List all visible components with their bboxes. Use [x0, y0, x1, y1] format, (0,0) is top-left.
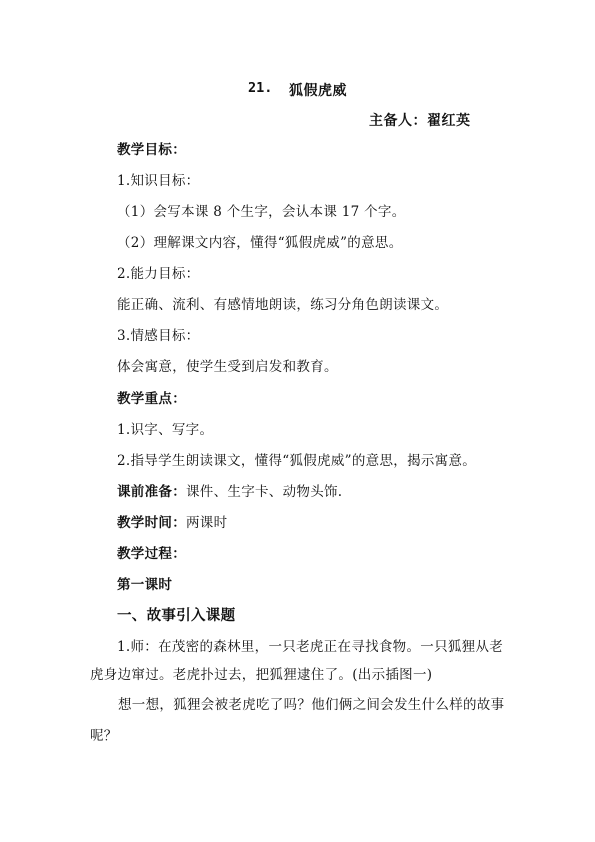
- key-point-1: 1.识字、写字。: [117, 422, 213, 438]
- process-heading: 教学过程：: [117, 546, 186, 562]
- preparation-label: 课前准备：: [117, 484, 186, 500]
- key-point-2: 2.指导学生朗读课文，懂得“狐假虎威”的意思，揭示寓意。: [117, 453, 476, 469]
- time-text: 两课时: [186, 515, 227, 531]
- ability-heading: 2.能力目标：: [117, 266, 199, 282]
- page-title: 狐假虎威: [289, 80, 347, 100]
- author-line: 主备人：翟红英: [369, 110, 471, 130]
- knowledge-item-1: （1）会写本课 8 个生字，会认本课 17 个字。: [117, 204, 406, 220]
- lesson-one-heading: 第一课时: [117, 577, 172, 593]
- author-label: 主备人：: [369, 113, 427, 129]
- story-line-2: 虎身边窜过。老虎扑过去，把狐狸逮住了。(出示插图一): [90, 667, 432, 683]
- story-line-1: 1.师：在茂密的森林里，一只老虎正在寻找食物。一只狐狸从老: [117, 639, 503, 655]
- question-line-2: 呢？: [90, 728, 118, 744]
- time-line: 教学时间：两课时: [117, 515, 227, 531]
- title-number: 21.: [248, 80, 272, 96]
- ability-text: 能正确、流利、有感情地朗读，练习分角色朗读课文。: [117, 297, 448, 313]
- preparation-text: 课件、生字卡、动物头饰.: [186, 484, 342, 500]
- part-one-heading: 一、故事引入课题: [117, 608, 235, 624]
- emotion-heading: 3.情感目标：: [117, 328, 199, 344]
- question-line-1: 想一想，狐狸会被老虎吃了吗？他们俩之间会发生什么样的故事: [118, 697, 504, 713]
- time-label: 教学时间：: [117, 515, 186, 531]
- knowledge-item-2: （2）理解课文内容，懂得“狐假虎威”的意思。: [117, 235, 403, 251]
- objectives-heading: 教学目标：: [117, 142, 186, 158]
- knowledge-heading: 1.知识目标：: [117, 173, 199, 189]
- preparation-line: 课前准备：课件、生字卡、动物头饰.: [117, 484, 342, 500]
- key-points-heading: 教学重点：: [117, 391, 186, 407]
- emotion-text: 体会寓意，使学生受到启发和教育。: [117, 359, 338, 375]
- document-page: 21. 狐假虎威 主备人：翟红英 教学目标： 1.知识目标： （1）会写本课 8…: [0, 0, 595, 842]
- author-name: 翟红英: [427, 113, 471, 129]
